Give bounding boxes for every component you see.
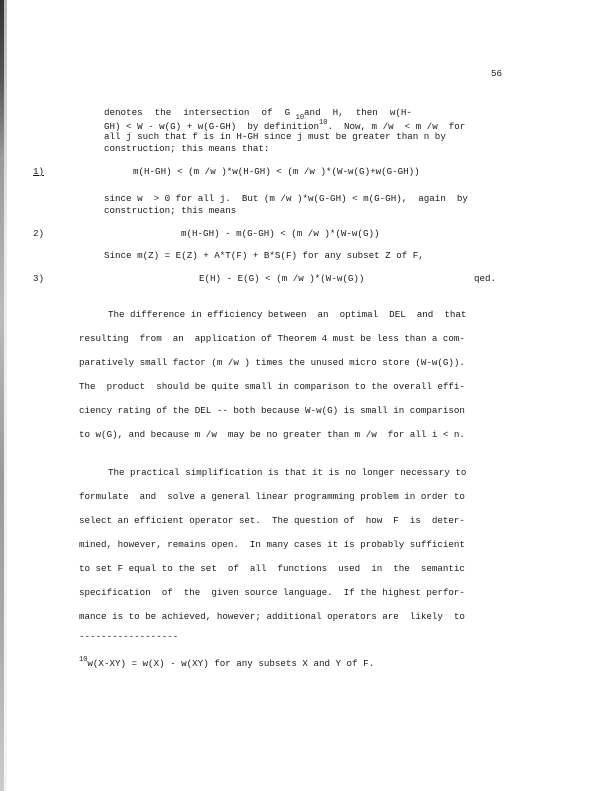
paragraph-1-line: to w(G), and because m /w may be no grea… bbox=[79, 429, 465, 440]
proof-line-3: all j such that f is in H-GH since j mus… bbox=[104, 131, 446, 142]
paragraph-1-line: ciency rating of the DEL -- both because… bbox=[79, 405, 465, 416]
footnote: 10w(X-XY) = w(X) - w(XY) for any subsets… bbox=[79, 656, 374, 669]
equation-label-1: 1) bbox=[33, 166, 44, 177]
equation-2: m(H-GH) - m(G-GH) < (m /w )*(W-w(G)) bbox=[181, 228, 379, 239]
since-m-line: Since m(Z) = E(Z) + A*T(F) + B*S(F) for … bbox=[104, 250, 424, 261]
paragraph-2-line: to set F equal to the set of all functio… bbox=[79, 563, 465, 574]
paragraph-2-line: select an efficient operator set. The qu… bbox=[79, 515, 465, 526]
scan-edge-shadow-light bbox=[4, 0, 7, 791]
paragraph-2-line: The practical simplification is that it … bbox=[108, 467, 466, 478]
paragraph-1-line: The difference in efficiency between an … bbox=[108, 309, 466, 320]
proof-line-4: construction; this means that: bbox=[104, 143, 269, 154]
since-line-2: construction; this means bbox=[104, 205, 236, 216]
footnote-rule: ------------------ bbox=[79, 631, 178, 642]
paragraph-2-line: formulate and solve a general linear pro… bbox=[79, 491, 465, 502]
paragraph-1-line: paratively small factor (m /w ) times th… bbox=[79, 357, 465, 368]
paragraph-1-line: resulting from an application of Theorem… bbox=[79, 333, 465, 344]
since-line-1: since w > 0 for all j. But (m /w )*w(G-G… bbox=[104, 193, 468, 204]
footnote-text: w(X-XY) = w(X) - w(XY) for any subsets X… bbox=[87, 658, 374, 669]
equation-1: m(H-GH) < (m /w )*w(H-GH) < (m /w )*(W-w… bbox=[133, 166, 420, 177]
qed-marker: qed. bbox=[474, 273, 496, 284]
equation-3: E(H) - E(G) < (m /w )*(W-w(G)) bbox=[199, 273, 364, 284]
paragraph-2-line: specification of the given source langua… bbox=[79, 587, 465, 598]
paragraph-2-line: mance is to be achieved, however; additi… bbox=[79, 611, 465, 622]
paragraph-2-line: mined, however, remains open. In many ca… bbox=[79, 539, 465, 550]
page-number: 56 bbox=[491, 68, 502, 79]
equation-label-3: 3) bbox=[33, 273, 44, 284]
equation-label-2: 2) bbox=[33, 228, 44, 239]
paragraph-1-line: The product should be quite small in com… bbox=[79, 381, 465, 392]
